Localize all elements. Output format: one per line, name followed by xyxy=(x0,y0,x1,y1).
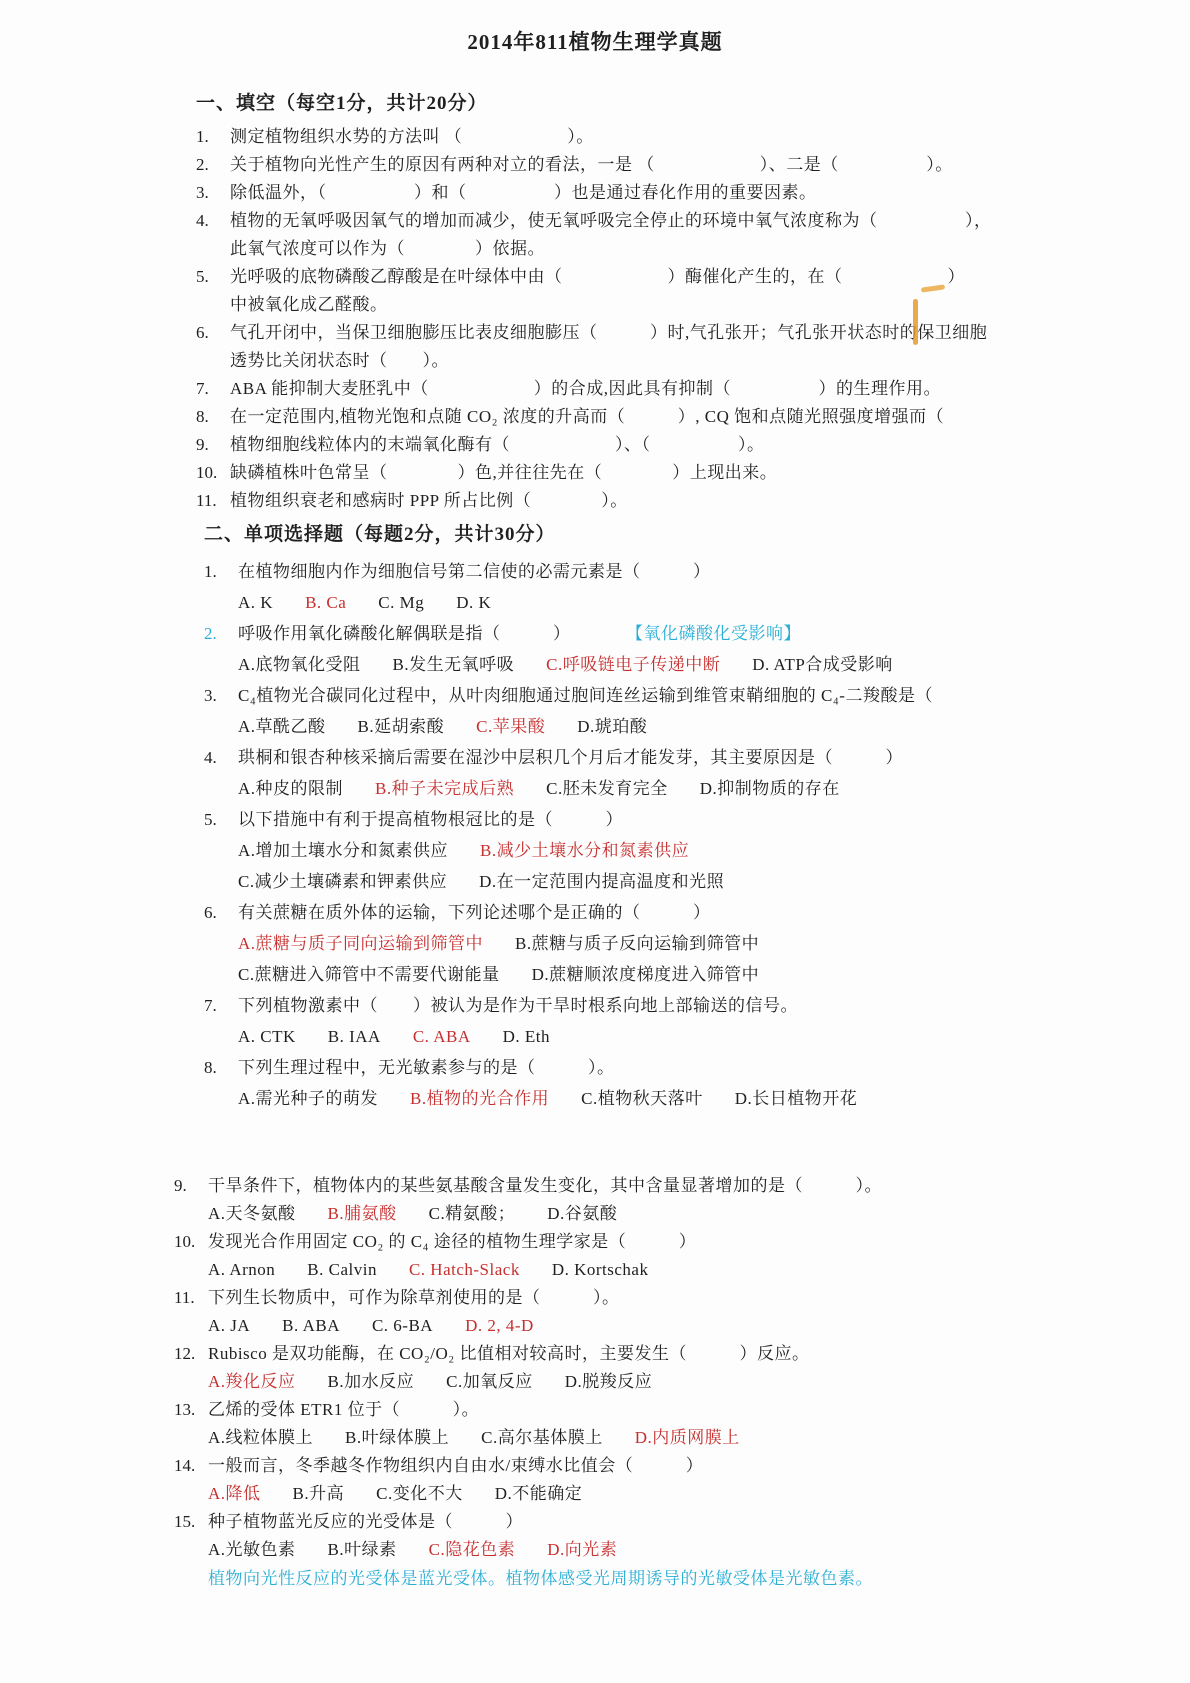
option-row: A.需光种子的萌发B.植物的光合作用C.植物秋天落叶D.长日植物开花 xyxy=(204,1083,1076,1114)
option-label: D. Eth xyxy=(503,1021,550,1052)
option-label: A.线粒体膜上 xyxy=(208,1424,313,1452)
fill-blank-list: 1.测定植物组织水势的方法叫 （ ）。2.关于植物向光性产生的原因有两种对立的看… xyxy=(196,123,1076,515)
option-label: B. ABA xyxy=(282,1312,340,1340)
annotation: 【氧化磷酸化受影响】 xyxy=(635,624,802,643)
question-number: 7. xyxy=(204,990,238,1021)
item-text: 测定植物组织水势的方法叫 （ ）。 xyxy=(230,123,1076,151)
question-text: 有关蔗糖在质外体的运输，下列论述哪个是正确的（ ） xyxy=(238,897,1076,928)
question-line: 3.C₄植物光合碳同化过程中，从叶肉细胞通过胞间连丝运输到维管束鞘细胞的 C₄-… xyxy=(204,680,1076,711)
item-text: 缺磷植株叶色常呈（ ）色,并往往先在（ ）上现出来。 xyxy=(230,459,1076,487)
option-label: D. ATP合成受影响 xyxy=(752,649,893,680)
question-number: 12. xyxy=(174,1340,208,1368)
question-text: 下列植物激素中（ ）被认为是作为干旱时根系向地上部输送的信号。 xyxy=(238,990,1076,1021)
option-row: A. JAB. ABAC. 6-BAD. 2, 4-D xyxy=(174,1312,1076,1340)
option-label: A.需光种子的萌发 xyxy=(238,1083,378,1114)
option-label: D.长日植物开花 xyxy=(735,1083,858,1114)
item-text: 植物细胞线粒体内的末端氧化酶有（ ）、（ ）。 xyxy=(230,431,1076,459)
item-text: 气孔开闭中，当保卫细胞膨压比表皮细胞膨压（ ）时,气孔张开；气孔张开状态时的保卫… xyxy=(230,319,1076,375)
item-text: 关于植物向光性产生的原因有两种对立的看法，一是 （ ）、二是（ ）。 xyxy=(230,151,1076,179)
question-number: 3. xyxy=(204,680,238,711)
option-label: B.加水反应 xyxy=(328,1368,415,1396)
question-number: 13. xyxy=(174,1396,208,1424)
option-label: C.蔗糖进入筛管中不需要代谢能量 xyxy=(238,959,500,990)
option-label: C. 6-BA xyxy=(372,1312,433,1340)
option-label: C. ABA xyxy=(413,1021,471,1052)
item-number: 4. xyxy=(196,207,230,263)
option-label: D.不能确定 xyxy=(495,1480,583,1508)
option-label: C.精氨酸； xyxy=(429,1200,516,1228)
option-label: A.羧化反应 xyxy=(208,1368,296,1396)
mcq-6: 6.有关蔗糖在质外体的运输，下列论述哪个是正确的（ ）A.蔗糖与质子同向运输到筛… xyxy=(204,897,1076,990)
item-text: 植物的无氧呼吸因氧气的增加而减少，使无氧呼吸完全停止的环境中氧气浓度称为（ ），… xyxy=(230,207,1076,263)
item-line: 在一定范围内,植物光饱和点随 CO₂ 浓度的升高而（ ）, CQ 饱和点随光照强… xyxy=(230,407,944,426)
question-number: 11. xyxy=(174,1284,208,1312)
section1-heading: 一、填空（每空1分，共计20分） xyxy=(196,88,1076,115)
question-segment: 以下措施中有利于提高植物根冠比的是（ ） xyxy=(238,810,623,829)
item-line: 透势比关闭状态时（ ）。 xyxy=(230,351,449,370)
question-segment: 种子植物蓝光反应的光受体是（ ） xyxy=(208,1512,523,1531)
answer-note: 植物向光性反应的光受体是蓝光受体。植物体感受光周期诱导的光敏受体是光敏色素。 xyxy=(174,1564,1076,1594)
fill-item-9: 9.植物细胞线粒体内的末端氧化酶有（ ）、（ ）。 xyxy=(196,431,1076,459)
question-line: 8.下列生理过程中，无光敏素参与的是（ ）。 xyxy=(204,1052,1076,1083)
option-label: A. K xyxy=(238,587,273,618)
option-label: C.呼吸链电子传递中断 xyxy=(546,649,720,680)
option-label: A. Arnon xyxy=(208,1256,275,1284)
option-label: A.蔗糖与质子同向运输到筛管中 xyxy=(238,928,483,959)
mcq-11: 11.下列生长物质中，可作为除草剂使用的是（ ）。A. JAB. ABAC. 6… xyxy=(174,1284,1076,1340)
question-text: Rubisco 是双功能酶，在 CO₂/O₂ 比值相对较高时，主要发生（ ）反应… xyxy=(208,1340,1076,1368)
fill-item-6: 6.气孔开闭中，当保卫细胞膨压比表皮细胞膨压（ ）时,气孔张开；气孔张开状态时的… xyxy=(196,319,1076,375)
question-segment: 有关蔗糖在质外体的运输，下列论述哪个是正确的（ ） xyxy=(238,903,711,922)
mcq-7: 7.下列植物激素中（ ）被认为是作为干旱时根系向地上部输送的信号。A. CTKB… xyxy=(204,990,1076,1052)
item-line: 植物的无氧呼吸因氧气的增加而减少，使无氧呼吸完全停止的环境中氧气浓度称为（ ）， xyxy=(230,211,992,230)
option-label: C. Mg xyxy=(378,587,424,618)
item-line: 中被氧化成乙醛酸。 xyxy=(230,295,388,314)
item-line: 气孔开闭中，当保卫细胞膨压比表皮细胞膨压（ ）时,气孔张开；气孔张开状态时的保卫… xyxy=(230,323,987,342)
fill-item-2: 2.关于植物向光性产生的原因有两种对立的看法，一是 （ ）、二是（ ）。 xyxy=(196,151,1076,179)
question-segment: 一般而言，冬季越冬作物组织内自由水/束缚水比值会（ ） xyxy=(208,1456,703,1475)
question-text: 以下措施中有利于提高植物根冠比的是（ ） xyxy=(238,804,1076,835)
question-text: 在植物细胞内作为细胞信号第二信使的必需元素是（ ） xyxy=(238,556,1076,587)
option-label: C.隐花色素 xyxy=(429,1536,516,1564)
option-label: B.延胡索酸 xyxy=(358,711,445,742)
option-label: D.抑制物质的存在 xyxy=(700,773,840,804)
option-row: A.种皮的限制B.种子未完成后熟C.胚未发育完全D.抑制物质的存在 xyxy=(204,773,1076,804)
item-line: 植物组织衰老和感病时 PPP 所占比例（ ）。 xyxy=(230,491,628,510)
option-label: C. Hatch-Slack xyxy=(409,1256,520,1284)
mcq-5: 5.以下措施中有利于提高植物根冠比的是（ ）A.增加土壤水分和氮素供应B.减少土… xyxy=(204,804,1076,897)
question-text: C₄植物光合碳同化过程中，从叶肉细胞通过胞间连丝运输到维管束鞘细胞的 C₄-二羧… xyxy=(238,680,1076,711)
question-number: 14. xyxy=(174,1452,208,1480)
option-row: A. CTKB. IAAC. ABAD. Eth xyxy=(204,1021,1076,1052)
option-label: B.发生无氧呼吸 xyxy=(393,649,515,680)
mcq-1: 1.在植物细胞内作为细胞信号第二信使的必需元素是（ ）A. KB. CaC. M… xyxy=(204,556,1076,618)
option-row: C.减少土壤磷素和钾素供应D.在一定范围内提高温度和光照 xyxy=(204,866,1076,897)
question-text: 乙烯的受体 ETR1 位于（ ）。 xyxy=(208,1396,1076,1424)
mcq-10: 10.发现光合作用固定 CO₂ 的 C₄ 途径的植物生理学家是（ ）A. Arn… xyxy=(174,1228,1076,1284)
option-row: A.蔗糖与质子同向运输到筛管中B.蔗糖与质子反向运输到筛管中 xyxy=(204,928,1076,959)
question-line: 4.珙桐和银杏种核采摘后需要在湿沙中层积几个月后才能发芽，其主要原因是（ ） xyxy=(204,742,1076,773)
question-number: 1. xyxy=(204,556,238,587)
question-number: 10. xyxy=(174,1228,208,1256)
question-text: 种子植物蓝光反应的光受体是（ ） xyxy=(208,1508,1076,1536)
option-row: A.降低B.升高C.变化不大D.不能确定 xyxy=(174,1480,1076,1508)
option-label: A.天冬氨酸 xyxy=(208,1200,296,1228)
option-label: B.减少土壤水分和氮素供应 xyxy=(480,835,689,866)
question-number: 8. xyxy=(204,1052,238,1083)
option-row: A.天冬氨酸B.脯氨酸C.精氨酸；D.谷氨酸 xyxy=(174,1200,1076,1228)
option-label: C.植物秋天落叶 xyxy=(581,1083,703,1114)
option-label: B. Calvin xyxy=(307,1256,377,1284)
option-label: B. IAA xyxy=(328,1021,381,1052)
item-number: 5. xyxy=(196,263,230,319)
item-number: 6. xyxy=(196,319,230,375)
item-number: 10. xyxy=(196,459,230,487)
option-row: C.蔗糖进入筛管中不需要代谢能量D.蔗糖顺浓度梯度进入筛管中 xyxy=(204,959,1076,990)
question-segment: 珙桐和银杏种核采摘后需要在湿沙中层积几个月后才能发芽，其主要原因是（ ） xyxy=(238,748,903,767)
option-label: B.植物的光合作用 xyxy=(410,1083,549,1114)
question-line: 5.以下措施中有利于提高植物根冠比的是（ ） xyxy=(204,804,1076,835)
option-label: D.内质网膜上 xyxy=(635,1424,740,1452)
option-label: B. Ca xyxy=(305,587,346,618)
question-segment: 呼吸作用氧化磷酸化解偶联是指（ ） xyxy=(238,624,571,643)
question-segment: 在植物细胞内作为细胞信号第二信使的必需元素是（ ） xyxy=(238,562,711,581)
item-number: 9. xyxy=(196,431,230,459)
option-label: D.谷氨酸 xyxy=(547,1200,617,1228)
question-line: 2.呼吸作用氧化磷酸化解偶联是指（ ）【氧化磷酸化受影响】 xyxy=(204,618,1076,649)
item-line: 关于植物向光性产生的原因有两种对立的看法，一是 （ ）、二是（ ）。 xyxy=(230,155,953,174)
option-row: A. ArnonB. CalvinC. Hatch-SlackD. Kortsc… xyxy=(174,1256,1076,1284)
option-row: A.底物氧化受阻B.发生无氧呼吸C.呼吸链电子传递中断D. ATP合成受影响 xyxy=(204,649,1076,680)
option-label: D. 2, 4-D xyxy=(465,1312,534,1340)
question-text: 干旱条件下，植物体内的某些氨基酸含量发生变化，其中含量显著增加的是（ ）。 xyxy=(208,1172,1076,1200)
question-segment: 干旱条件下，植物体内的某些氨基酸含量发生变化，其中含量显著增加的是（ ）。 xyxy=(208,1176,882,1195)
item-line: ABA 能抑制大麦胚乳中（ ）的合成,因此具有抑制（ ）的生理作用。 xyxy=(230,379,941,398)
option-label: B.脯氨酸 xyxy=(328,1200,397,1228)
option-label: A.种皮的限制 xyxy=(238,773,343,804)
question-text: 下列生理过程中，无光敏素参与的是（ ）。 xyxy=(238,1052,1076,1083)
question-line: 10.发现光合作用固定 CO₂ 的 C₄ 途径的植物生理学家是（ ） xyxy=(174,1228,1076,1256)
option-label: D.脱羧反应 xyxy=(565,1368,653,1396)
item-text: 在一定范围内,植物光饱和点随 CO₂ 浓度的升高而（ ）, CQ 饱和点随光照强… xyxy=(230,403,1076,431)
question-segment: C₄植物光合碳同化过程中，从叶肉细胞通过胞间连丝运输到维管束鞘细胞的 C₄-二羧… xyxy=(238,686,933,705)
item-number: 3. xyxy=(196,179,230,207)
option-label: D.琥珀酸 xyxy=(577,711,647,742)
item-number: 8. xyxy=(196,403,230,431)
option-label: A.光敏色素 xyxy=(208,1536,296,1564)
option-label: C.减少土壤磷素和钾素供应 xyxy=(238,866,447,897)
question-number: 5. xyxy=(204,804,238,835)
fill-item-1: 1.测定植物组织水势的方法叫 （ ）。 xyxy=(196,123,1076,151)
fill-item-8: 8.在一定范围内,植物光饱和点随 CO₂ 浓度的升高而（ ）, CQ 饱和点随光… xyxy=(196,403,1076,431)
item-line: 除低温外，（ ）和（ ）也是通过春化作用的重要因素。 xyxy=(230,183,817,202)
option-row: A.草酰乙酸B.延胡索酸C.苹果酸D.琥珀酸 xyxy=(204,711,1076,742)
option-label: C.加氧反应 xyxy=(446,1368,533,1396)
mcq-15: 15.种子植物蓝光反应的光受体是（ ）A.光敏色素B.叶绿素C.隐花色素D.向光… xyxy=(174,1508,1076,1564)
question-segment: Rubisco 是双功能酶，在 CO₂/O₂ 比值相对较高时，主要发生（ ）反应… xyxy=(208,1344,809,1363)
question-number: 15. xyxy=(174,1508,208,1536)
document-body: 一、填空（每空1分，共计20分） 1.测定植物组织水势的方法叫 （ ）。2.关于… xyxy=(196,88,1076,1594)
page-title: 2014年811植物生理学真题 xyxy=(0,0,1190,56)
option-label: C.苹果酸 xyxy=(476,711,545,742)
question-line: 1.在植物细胞内作为细胞信号第二信使的必需元素是（ ） xyxy=(204,556,1076,587)
question-line: 6.有关蔗糖在质外体的运输，下列论述哪个是正确的（ ） xyxy=(204,897,1076,928)
question-number: 9. xyxy=(174,1172,208,1200)
item-text: 光呼吸的底物磷酸乙醇酸是在叶绿体中由（ ）酶催化产生的，在（ ）中被氧化成乙醛酸… xyxy=(230,263,1076,319)
question-line: 15.种子植物蓝光反应的光受体是（ ） xyxy=(174,1508,1076,1536)
option-row: A.羧化反应B.加水反应C.加氧反应D.脱羧反应 xyxy=(174,1368,1076,1396)
question-segment: 下列生长物质中，可作为除草剂使用的是（ ）。 xyxy=(208,1288,620,1307)
fill-item-3: 3.除低温外，（ ）和（ ）也是通过春化作用的重要因素。 xyxy=(196,179,1076,207)
question-text: 一般而言，冬季越冬作物组织内自由水/束缚水比值会（ ） xyxy=(208,1452,1076,1480)
fill-item-4: 4.植物的无氧呼吸因氧气的增加而减少，使无氧呼吸完全停止的环境中氧气浓度称为（ … xyxy=(196,207,1076,263)
multiple-choice-list: 1.在植物细胞内作为细胞信号第二信使的必需元素是（ ）A. KB. CaC. M… xyxy=(204,556,1076,1564)
option-row: A.增加土壤水分和氮素供应B.减少土壤水分和氮素供应 xyxy=(204,835,1076,866)
question-line: 7.下列植物激素中（ ）被认为是作为干旱时根系向地上部输送的信号。 xyxy=(204,990,1076,1021)
option-row: A. KB. CaC. MgD. K xyxy=(204,587,1076,618)
question-number: 2. xyxy=(204,618,238,649)
mcq-14: 14.一般而言，冬季越冬作物组织内自由水/束缚水比值会（ ）A.降低B.升高C.… xyxy=(174,1452,1076,1508)
mcq-4: 4.珙桐和银杏种核采摘后需要在湿沙中层积几个月后才能发芽，其主要原因是（ ）A.… xyxy=(204,742,1076,804)
item-line: 光呼吸的底物磷酸乙醇酸是在叶绿体中由（ ）酶催化产生的，在（ ） xyxy=(230,267,965,286)
item-line: 缺磷植株叶色常呈（ ）色,并往往先在（ ）上现出来。 xyxy=(230,463,777,482)
question-line: 11.下列生长物质中，可作为除草剂使用的是（ ）。 xyxy=(174,1284,1076,1312)
fill-item-5: 5.光呼吸的底物磷酸乙醇酸是在叶绿体中由（ ）酶催化产生的，在（ ）中被氧化成乙… xyxy=(196,263,1076,319)
fill-item-11: 11.植物组织衰老和感病时 PPP 所占比例（ ）。 xyxy=(196,487,1076,515)
option-label: A.降低 xyxy=(208,1480,261,1508)
question-line: 14.一般而言，冬季越冬作物组织内自由水/束缚水比值会（ ） xyxy=(174,1452,1076,1480)
item-text: 植物组织衰老和感病时 PPP 所占比例（ ）。 xyxy=(230,487,1076,515)
option-row: A.线粒体膜上B.叶绿体膜上C.高尔基体膜上D.内质网膜上 xyxy=(174,1424,1076,1452)
question-number: 4. xyxy=(204,742,238,773)
option-label: B.叶绿体膜上 xyxy=(345,1424,449,1452)
option-label: D. Kortschak xyxy=(552,1256,649,1284)
item-number: 1. xyxy=(196,123,230,151)
mcq-2: 2.呼吸作用氧化磷酸化解偶联是指（ ）【氧化磷酸化受影响】A.底物氧化受阻B.发… xyxy=(204,618,1076,680)
question-line: 13.乙烯的受体 ETR1 位于（ ）。 xyxy=(174,1396,1076,1424)
question-line: 12.Rubisco 是双功能酶，在 CO₂/O₂ 比值相对较高时，主要发生（ … xyxy=(174,1340,1076,1368)
question-text: 珙桐和银杏种核采摘后需要在湿沙中层积几个月后才能发芽，其主要原因是（ ） xyxy=(238,742,1076,773)
question-segment: 下列生理过程中，无光敏素参与的是（ ）。 xyxy=(238,1058,615,1077)
question-segment: 发现光合作用固定 CO₂ 的 C₄ 途径的植物生理学家是（ ） xyxy=(208,1232,696,1251)
item-line: 测定植物组织水势的方法叫 （ ）。 xyxy=(230,127,594,146)
exam-paper-page: 2014年811植物生理学真题 一、填空（每空1分，共计20分） 1.测定植物组… xyxy=(0,0,1190,1683)
option-label: C.胚未发育完全 xyxy=(546,773,668,804)
option-label: B.种子未完成后熟 xyxy=(375,773,514,804)
item-line: 此氧气浓度可以作为（ ）依据。 xyxy=(230,239,545,258)
option-label: B.蔗糖与质子反向运输到筛管中 xyxy=(515,928,759,959)
option-label: A.增加土壤水分和氮素供应 xyxy=(238,835,448,866)
highlighter-stroke-mark xyxy=(913,299,918,345)
mcq-9: 9.干旱条件下，植物体内的某些氨基酸含量发生变化，其中含量显著增加的是（ ）。A… xyxy=(174,1172,1076,1228)
item-number: 7. xyxy=(196,375,230,403)
question-text: 下列生长物质中，可作为除草剂使用的是（ ）。 xyxy=(208,1284,1076,1312)
option-label: C.高尔基体膜上 xyxy=(481,1424,603,1452)
option-label: B.升高 xyxy=(293,1480,345,1508)
mcq-12: 12.Rubisco 是双功能酶，在 CO₂/O₂ 比值相对较高时，主要发生（ … xyxy=(174,1340,1076,1396)
item-text: ABA 能抑制大麦胚乳中（ ）的合成,因此具有抑制（ ）的生理作用。 xyxy=(230,375,1076,403)
option-label: D.向光素 xyxy=(547,1536,617,1564)
question-segment: 乙烯的受体 ETR1 位于（ ）。 xyxy=(208,1400,479,1419)
fill-item-7: 7.ABA 能抑制大麦胚乳中（ ）的合成,因此具有抑制（ ）的生理作用。 xyxy=(196,375,1076,403)
question-line: 9.干旱条件下，植物体内的某些氨基酸含量发生变化，其中含量显著增加的是（ ）。 xyxy=(174,1172,1076,1200)
option-label: B.叶绿素 xyxy=(328,1536,397,1564)
fill-item-10: 10.缺磷植株叶色常呈（ ）色,并往往先在（ ）上现出来。 xyxy=(196,459,1076,487)
option-label: A.草酰乙酸 xyxy=(238,711,326,742)
option-label: D. K xyxy=(456,587,491,618)
option-label: A. JA xyxy=(208,1312,250,1340)
option-label: D.蔗糖顺浓度梯度进入筛管中 xyxy=(532,959,760,990)
item-number: 2. xyxy=(196,151,230,179)
mcq-13: 13.乙烯的受体 ETR1 位于（ ）。A.线粒体膜上B.叶绿体膜上C.高尔基体… xyxy=(174,1396,1076,1452)
question-text: 发现光合作用固定 CO₂ 的 C₄ 途径的植物生理学家是（ ） xyxy=(208,1228,1076,1256)
question-segment: 下列植物激素中（ ）被认为是作为干旱时根系向地上部输送的信号。 xyxy=(238,996,798,1015)
item-text: 除低温外，（ ）和（ ）也是通过春化作用的重要因素。 xyxy=(230,179,1076,207)
question-text: 呼吸作用氧化磷酸化解偶联是指（ ）【氧化磷酸化受影响】 xyxy=(238,618,1076,649)
option-label: A. CTK xyxy=(238,1021,296,1052)
option-row: A.光敏色素B.叶绿素C.隐花色素D.向光素 xyxy=(174,1536,1076,1564)
item-line: 植物细胞线粒体内的末端氧化酶有（ ）、（ ）。 xyxy=(230,435,765,454)
mcq-3: 3.C₄植物光合碳同化过程中，从叶肉细胞通过胞间连丝运输到维管束鞘细胞的 C₄-… xyxy=(204,680,1076,742)
item-number: 11. xyxy=(196,487,230,515)
section2-heading: 二、单项选择题（每题2分，共计30分） xyxy=(204,519,1076,546)
mcq-8: 8.下列生理过程中，无光敏素参与的是（ ）。A.需光种子的萌发B.植物的光合作用… xyxy=(204,1052,1076,1114)
option-label: A.底物氧化受阻 xyxy=(238,649,361,680)
option-label: C.变化不大 xyxy=(376,1480,463,1508)
question-number: 6. xyxy=(204,897,238,928)
option-label: D.在一定范围内提高温度和光照 xyxy=(479,866,724,897)
